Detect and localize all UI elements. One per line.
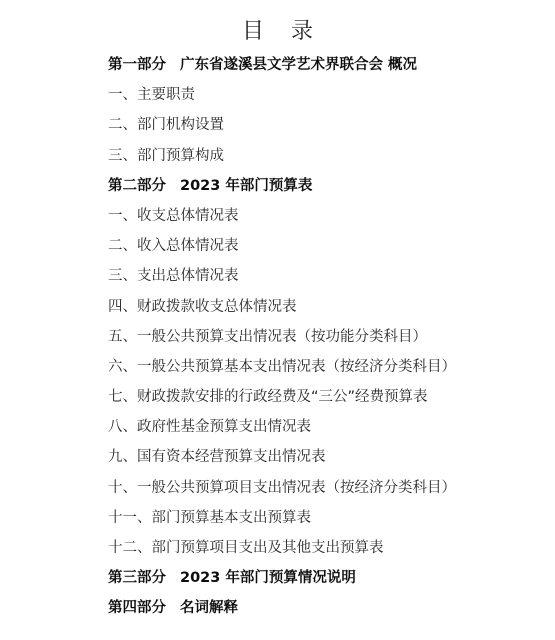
- toc-item-table-12: 十二、部门预算项目支出及其他支出预算表: [108, 533, 528, 563]
- toc-item-org-setup: 二、部门机构设置: [108, 110, 528, 140]
- toc-item-table-8: 八、政府性基金预算支出情况表: [108, 412, 528, 442]
- toc-item-table-6: 六、一般公共预算基本支出情况表（按经济分类科目）: [108, 352, 528, 382]
- toc-item-table-1: 一、收支总体情况表: [108, 201, 528, 231]
- document-page: 目 录 第一部分广东省遂溪县文学艺术界联合会 概况 一、主要职责 二、部门机构设…: [0, 0, 555, 640]
- toc-item-table-10: 十、一般公共预算项目支出情况表（按经济分类科目）: [108, 473, 528, 503]
- toc-item-table-7: 七、财政拨款安排的行政经费及“三公”经费预算表: [108, 382, 528, 412]
- toc-item-table-3: 三、支出总体情况表: [108, 261, 528, 291]
- toc-item-table-11: 十一、部门预算基本支出预算表: [108, 503, 528, 533]
- part-number: 第二部分: [108, 171, 166, 201]
- part-number: 第四部分: [108, 593, 166, 623]
- toc-item-main-duties: 一、主要职责: [108, 80, 528, 110]
- part-title: 2023 年部门预算表: [180, 178, 312, 194]
- table-of-contents: 第一部分广东省遂溪县文学艺术界联合会 概况 一、主要职责 二、部门机构设置 三、…: [108, 50, 528, 624]
- part-number: 第一部分: [108, 50, 166, 80]
- toc-item-table-5: 五、一般公共预算支出情况表（按功能分类科目）: [108, 322, 528, 352]
- toc-item-table-9: 九、国有资本经营预算支出情况表: [108, 442, 528, 472]
- toc-part-1: 第一部分广东省遂溪县文学艺术界联合会 概况: [108, 50, 528, 80]
- part-title: 2023 年部门预算情况说明: [180, 570, 356, 586]
- toc-item-table-2: 二、收入总体情况表: [108, 231, 528, 261]
- toc-part-2: 第二部分2023 年部门预算表: [108, 171, 528, 201]
- toc-part-4: 第四部分名词解释: [108, 593, 528, 623]
- toc-item-table-4: 四、财政拨款收支总体情况表: [108, 292, 528, 322]
- part-title: 名词解释: [180, 600, 238, 616]
- toc-item-budget-composition: 三、部门预算构成: [108, 141, 528, 171]
- part-number: 第三部分: [108, 563, 166, 593]
- part-title: 广东省遂溪县文学艺术界联合会 概况: [180, 57, 417, 73]
- toc-part-3: 第三部分2023 年部门预算情况说明: [108, 563, 528, 593]
- toc-title: 目 录: [0, 16, 555, 48]
